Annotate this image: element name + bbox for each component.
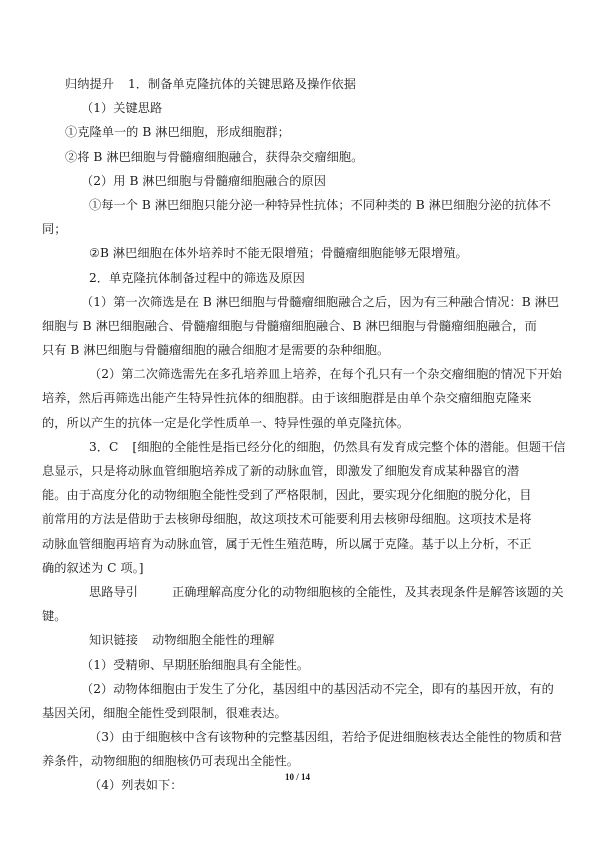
guide-label: 思路导引	[89, 585, 138, 599]
guide-text: 正确理解高度分化的动物细胞核的全能性，及其表现条件是解答该题的关	[172, 585, 564, 599]
fusion-reason-item-1-line-2: 同；	[42, 217, 531, 241]
fusion-reason-item-2: ②B 淋巴细胞在体外培养时不能无限增殖；骨髓瘤细胞能够无限增殖。	[65, 241, 531, 265]
summary-label: 归纳提升	[65, 77, 114, 91]
subheading-key-ideas: （1）关键思路	[65, 96, 531, 120]
answer3-line-4: 前常用的方法是借助于去核卵母细胞，故这项技术可能要利用去核卵母细胞。这项技术是将	[42, 507, 531, 531]
screen1-line-2: 细胞与 B 淋巴细胞融合、骨髓瘤细胞与骨髓瘤细胞融合、B 淋巴细胞与骨髓瘤细胞融…	[42, 314, 531, 338]
subheading-fusion-reason: （2）用 B 淋巴细胞与骨髓瘤细胞融合的原因	[65, 169, 531, 193]
answer3-number: 3．C	[89, 440, 118, 454]
page-number: 10 / 14	[0, 772, 595, 782]
summary-heading-line: 归纳提升1．制备单克隆抗体的关键思路及操作依据	[65, 72, 531, 96]
page-content: 归纳提升1．制备单克隆抗体的关键思路及操作依据 （1）关键思路 ①克隆单一的 B…	[65, 72, 531, 798]
fusion-reason-item-1-line-1: ①每一个 B 淋巴细胞只能分泌一种特异性抗体；不同种类的 B 淋巴细胞分泌的抗体…	[65, 193, 531, 217]
document-page: 归纳提升1．制备单克隆抗体的关键思路及操作依据 （1）关键思路 ①克隆单一的 B…	[0, 0, 595, 841]
knowledge-title: 动物细胞全能性的理解	[152, 633, 274, 647]
screen2-line-2: 培养，然后再筛选出能产生特异性抗体的细胞群。由于该细胞群是由单个杂交瘤细胞克隆来	[42, 386, 531, 410]
answer3-line-6: 确的叙述为 C 项。]	[42, 556, 531, 580]
screen1-line-1: （1）第一次筛选是在 B 淋巴细胞与骨髓瘤细胞融合之后，因为有三种融合情况：B …	[65, 290, 531, 314]
answer3-text: [细胞的全能性是指已经分化的细胞，仍然具有发育成完整个体的潜能。但题干信	[132, 440, 565, 454]
knowledge-item-1: （1）受精卵、早期胚胎细胞具有全能性。	[65, 653, 531, 677]
heading-2: 2．单克隆抗体制备过程中的筛选及原因	[65, 266, 531, 290]
heading-1: 1．制备单克隆抗体的关键思路及操作依据	[128, 77, 356, 91]
screen2-line-3: 的，所以产生的抗体一定是化学性质单一、特异性强的单克隆抗体。	[42, 411, 531, 435]
screen1-line-3: 只有 B 淋巴细胞与骨髓瘤细胞的融合细胞才是需要的杂种细胞。	[42, 338, 531, 362]
knowledge-label: 知识链接	[89, 633, 138, 647]
knowledge-heading: 知识链接动物细胞全能性的理解	[65, 628, 531, 652]
screen2-line-1: （2）第二次筛选需先在多孔培养皿上培养，在每个孔只有一个杂交瘤细胞的情况下开始	[65, 362, 531, 386]
key-idea-item-1: ①克隆单一的 B 淋巴细胞，形成细胞群；	[65, 120, 531, 144]
knowledge-item-2-line-1: （2）动物体细胞由于发生了分化，基因组中的基因活动不完全，即有的基因开放，有的	[65, 677, 531, 701]
guide-line-2: 键。	[42, 604, 531, 628]
answer3-line-2: 息显示，只是将动脉血管细胞培养成了新的动脉血管，即激发了细胞发育成某种器官的潜	[42, 459, 531, 483]
guide-line-1: 思路导引正确理解高度分化的动物细胞核的全能性，及其表现条件是解答该题的关	[65, 580, 531, 604]
answer3-line-5: 动脉血管细胞再培育为动脉血管，属于无性生殖范畴，所以属于克隆。基于以上分析，不正	[42, 532, 531, 556]
answer3-line-3: 能。由于高度分化的动物细胞全能性受到了严格限制，因此，要实现分化细胞的脱分化，目	[42, 483, 531, 507]
knowledge-item-2-line-2: 基因关闭，细胞全能性受到限制，很难表达。	[42, 701, 531, 725]
knowledge-item-3-line-2: 养条件，动物细胞的细胞核仍可表现出全能性。	[42, 749, 531, 773]
key-idea-item-2: ②将 B 淋巴细胞与骨髓瘤细胞融合，获得杂交瘤细胞。	[65, 145, 531, 169]
answer3-line-1: 3．C[细胞的全能性是指已经分化的细胞，仍然具有发育成完整个体的潜能。但题干信	[65, 435, 531, 459]
knowledge-item-3-line-1: （3）由于细胞核中含有该物种的完整基因组，若给予促进细胞核表达全能性的物质和营	[65, 725, 531, 749]
